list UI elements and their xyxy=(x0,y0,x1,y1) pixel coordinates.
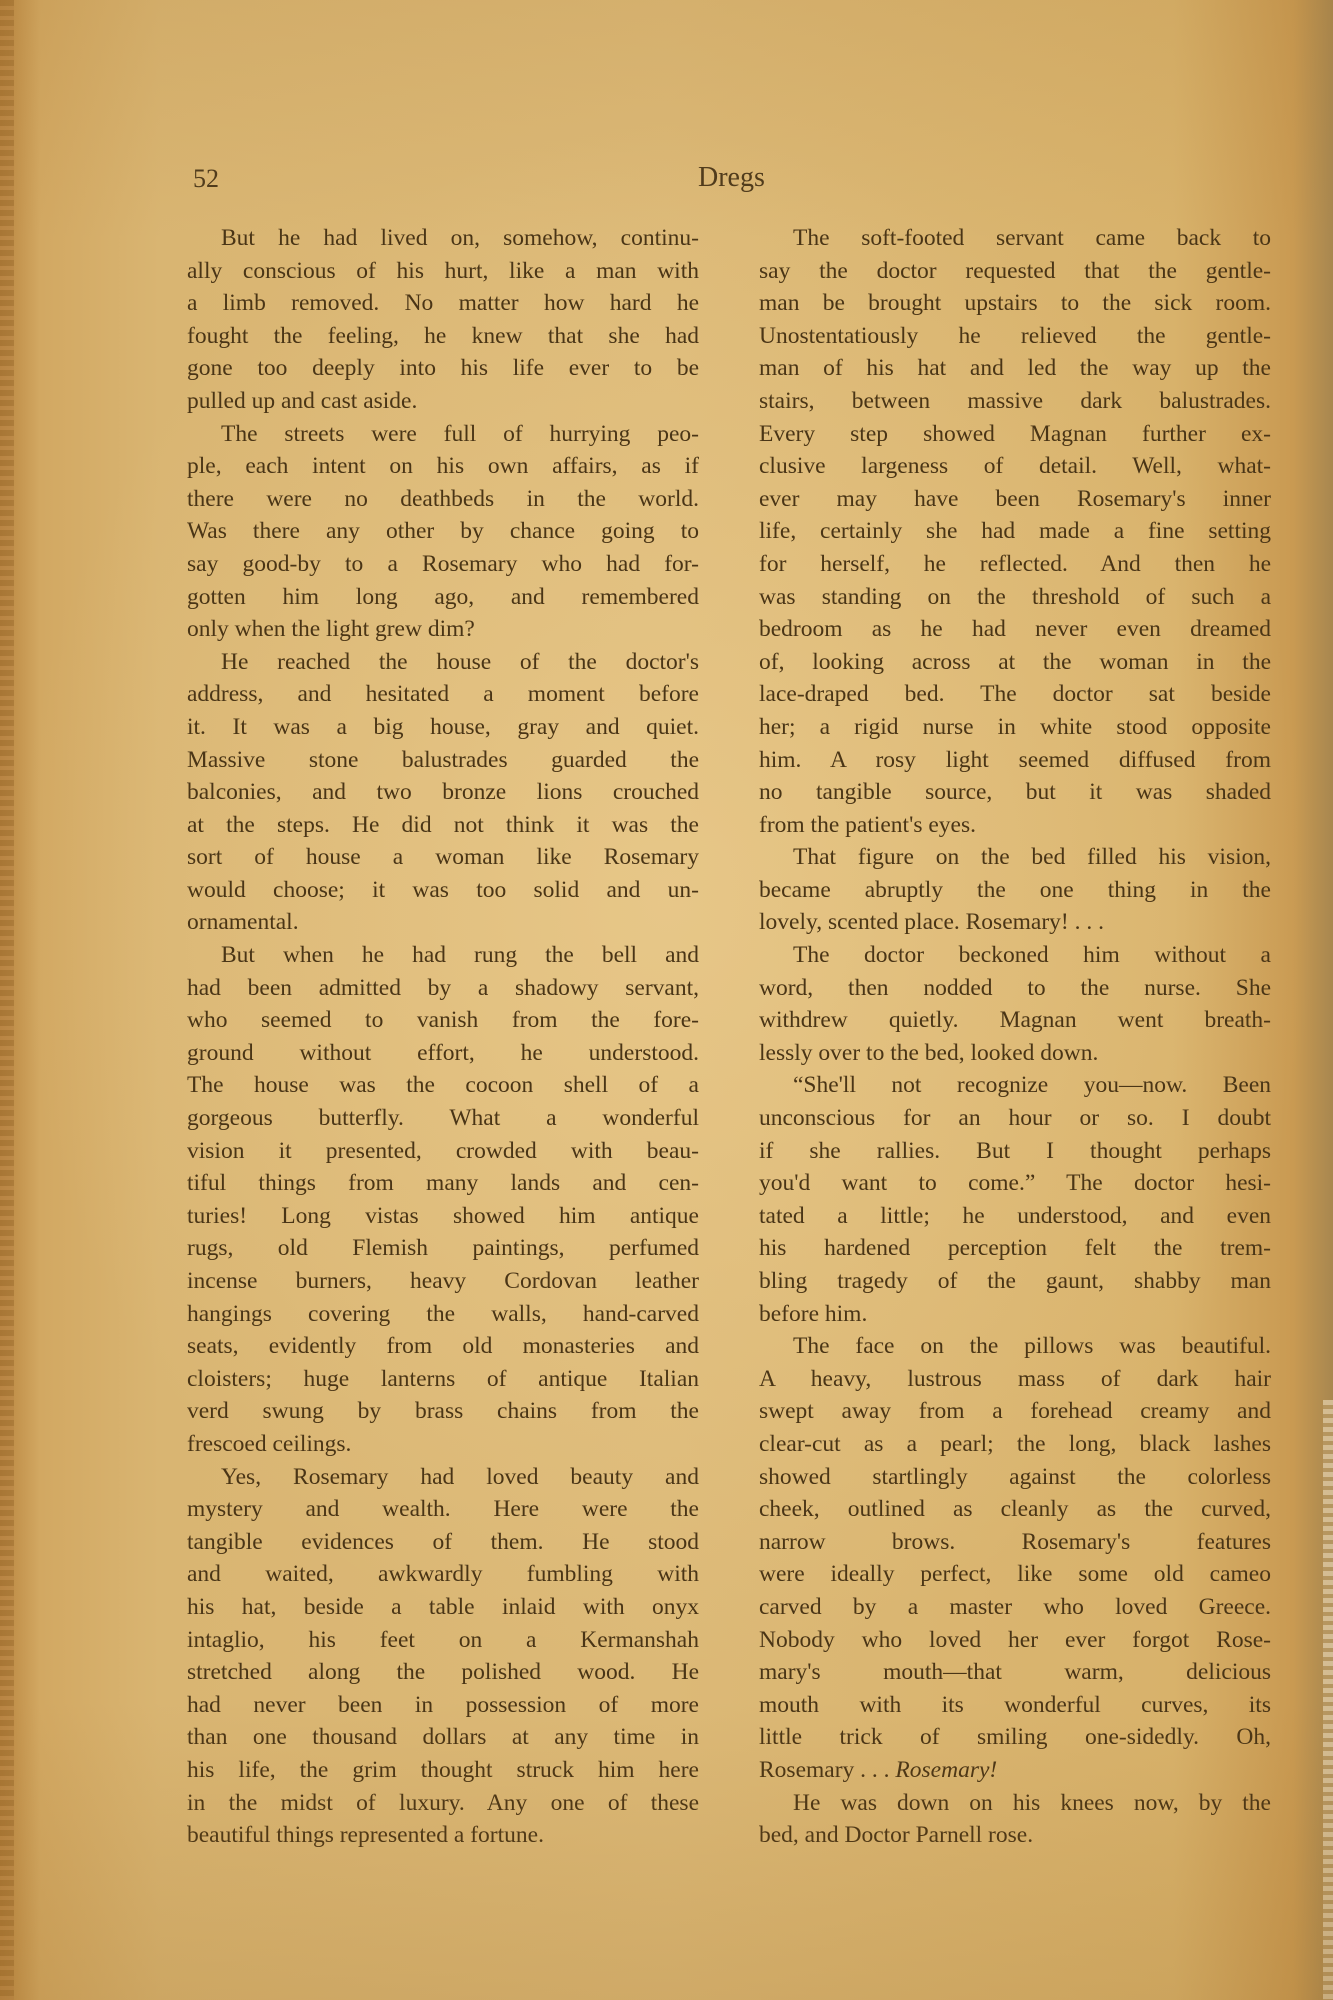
paragraph: He was down on his knees now, by thebed,… xyxy=(759,1787,1271,1852)
text-line: lace-draped bed. The doctor sat beside xyxy=(759,678,1271,711)
text-line: stretched along the polished wood. He xyxy=(187,1656,699,1689)
text-line: mouth with its wonderful curves, its xyxy=(759,1689,1271,1722)
text-line: address, and hesitated a moment before xyxy=(187,678,699,711)
text-line: ground without effort, he understood. xyxy=(187,1037,699,1070)
paragraph: The face on the pillows was beautiful.A … xyxy=(759,1330,1271,1786)
paragraph: The soft-footed servant came back tosay … xyxy=(759,222,1271,841)
paragraph: Yes, Rosemary had loved beauty andmyster… xyxy=(187,1461,699,1852)
text-line: sort of house a woman like Rosemary xyxy=(187,841,699,874)
text-line: ple, each intent on his own affairs, as … xyxy=(187,450,699,483)
text-line: his life, the grim thought struck him he… xyxy=(187,1754,699,1787)
text-line: little trick of smiling one-sidedly. Oh, xyxy=(759,1721,1271,1754)
text-line: balconies, and two bronze lions crouched xyxy=(187,776,699,809)
text-column-right: The soft-footed servant came back tosay … xyxy=(759,222,1271,1852)
text-line: gone too deeply into his life ever to be xyxy=(187,352,699,385)
text-line: was standing on the threshold of such a xyxy=(759,581,1271,614)
text-line: frescoed ceilings. xyxy=(187,1428,699,1461)
text-line: had been admitted by a shadowy servant, xyxy=(187,972,699,1005)
text-line: The streets were full of hurrying peo- xyxy=(187,418,699,451)
text-line: clusive largeness of detail. Well, what- xyxy=(759,450,1271,483)
text-line: for herself, he reflected. And then he xyxy=(759,548,1271,581)
text-line: had never been in possession of more xyxy=(187,1689,699,1722)
text-line: who seemed to vanish from the fore- xyxy=(187,1004,699,1037)
text-line: Massive stone balustrades guarded the xyxy=(187,744,699,777)
text-line: cloisters; huge lanterns of antique Ital… xyxy=(187,1363,699,1396)
text-column-left: But he had lived on, somehow, continu-al… xyxy=(187,222,699,1852)
text-line: Yes, Rosemary had loved beauty and xyxy=(187,1461,699,1494)
paragraph: He reached the house of the doctor'saddr… xyxy=(187,646,699,939)
text-line: stairs, between massive dark balustrades… xyxy=(759,385,1271,418)
page-edge-left xyxy=(0,0,14,2000)
text-line: bedroom as he had never even dreamed xyxy=(759,613,1271,646)
paragraph: That figure on the bed filled his vision… xyxy=(759,841,1271,939)
text-line: from the patient's eyes. xyxy=(759,809,1271,842)
paragraph: The streets were full of hurrying peo-pl… xyxy=(187,418,699,646)
text-line: word, then nodded to the nurse. She xyxy=(759,972,1271,1005)
text-line: became abruptly the one thing in the xyxy=(759,874,1271,907)
text-line: The house was the cocoon shell of a xyxy=(187,1069,699,1102)
text-line: him. A rosy light seemed diffused from xyxy=(759,744,1271,777)
text-line: That figure on the bed filled his vision… xyxy=(759,841,1271,874)
text-line: gotten him long ago, and remembered xyxy=(187,581,699,614)
text-line: narrow brows. Rosemary's features xyxy=(759,1526,1271,1559)
text-line: seats, evidently from old monasteries an… xyxy=(187,1330,699,1363)
text-line: you'd want to come.” The doctor hesi- xyxy=(759,1167,1271,1200)
text-line: fought the feeling, he knew that she had xyxy=(187,320,699,353)
text-line: “She'll not recognize you—now. Been xyxy=(759,1069,1271,1102)
text-line: A heavy, lustrous mass of dark hair xyxy=(759,1363,1271,1396)
text-line: Rosemary . . . Rosemary! xyxy=(759,1754,1271,1787)
text-line: He reached the house of the doctor's xyxy=(187,646,699,679)
text-line: intaglio, his feet on a Kermanshah xyxy=(187,1624,699,1657)
text-line: The face on the pillows was beautiful. xyxy=(759,1330,1271,1363)
text-line: no tangible source, but it was shaded xyxy=(759,776,1271,809)
text-line: rugs, old Flemish paintings, perfumed xyxy=(187,1232,699,1265)
text-line: hangings covering the walls, hand-carved xyxy=(187,1298,699,1331)
text-line: But when he had rung the bell and xyxy=(187,939,699,972)
text-line: it. It was a big house, gray and quiet. xyxy=(187,711,699,744)
text-line: would choose; it was too solid and un- xyxy=(187,874,699,907)
text-line: lovely, scented place. Rosemary! . . . xyxy=(759,906,1271,939)
text-line: say good-by to a Rosemary who had for- xyxy=(187,548,699,581)
text-line: of, looking across at the woman in the xyxy=(759,646,1271,679)
paragraph: But when he had rung the bell andhad bee… xyxy=(187,939,699,1461)
running-title: Dregs xyxy=(698,162,765,194)
text-line: turies! Long vistas showed him antique xyxy=(187,1200,699,1233)
text-line: and waited, awkwardly fumbling with xyxy=(187,1558,699,1591)
text-line: her; a rigid nurse in white stood opposi… xyxy=(759,711,1271,744)
text-line: his hat, beside a table inlaid with onyx xyxy=(187,1591,699,1624)
text-line: mary's mouth—that warm, delicious xyxy=(759,1656,1271,1689)
text-line: ornamental. xyxy=(187,906,699,939)
text-line: withdrew quietly. Magnan went breath- xyxy=(759,1004,1271,1037)
text-line: The soft-footed servant came back to xyxy=(759,222,1271,255)
text-line: beautiful things represented a fortune. xyxy=(187,1819,699,1852)
text-line: The doctor beckoned him without a xyxy=(759,939,1271,972)
text-line: his hardened perception felt the trem- xyxy=(759,1232,1271,1265)
text-line: pulled up and cast aside. xyxy=(187,385,699,418)
text-line: only when the light grew dim? xyxy=(187,613,699,646)
page-header: 52 Dregs xyxy=(193,160,1293,200)
text-line: were ideally perfect, like some old came… xyxy=(759,1558,1271,1591)
text-line: say the doctor requested that the gentle… xyxy=(759,255,1271,288)
paragraph: But he had lived on, somehow, continu-al… xyxy=(187,222,699,418)
page-edge-right xyxy=(1323,1400,1333,2000)
paragraph: The doctor beckoned him without aword, t… xyxy=(759,939,1271,1069)
text-line: lessly over to the bed, looked down. xyxy=(759,1037,1271,1070)
text-line: Unostentatiously he relieved the gentle- xyxy=(759,320,1271,353)
text-line: Nobody who loved her ever forgot Rose- xyxy=(759,1624,1271,1657)
text-line: verd swung by brass chains from the xyxy=(187,1395,699,1428)
page-number: 52 xyxy=(193,164,219,194)
text-line: Every step showed Magnan further ex- xyxy=(759,418,1271,451)
text-line: in the midst of luxury. Any one of these xyxy=(187,1787,699,1820)
text-line: carved by a master who loved Greece. xyxy=(759,1591,1271,1624)
text-line: if she rallies. But I thought perhaps xyxy=(759,1135,1271,1168)
text-line: man be brought upstairs to the sick room… xyxy=(759,287,1271,320)
book-page: 52 Dregs But he had lived on, somehow, c… xyxy=(0,0,1333,2000)
text-line: bed, and Doctor Parnell rose. xyxy=(759,1819,1271,1852)
text-line: there were no deathbeds in the world. xyxy=(187,483,699,516)
text-line: than one thousand dollars at any time in xyxy=(187,1721,699,1754)
text-line: He was down on his knees now, by the xyxy=(759,1787,1271,1820)
text-line: showed startlingly against the colorless xyxy=(759,1461,1271,1494)
text-line: mystery and wealth. Here were the xyxy=(187,1493,699,1526)
text-line: tiful things from many lands and cen- xyxy=(187,1167,699,1200)
text-line: before him. xyxy=(759,1298,1271,1331)
text-line: a limb removed. No matter how hard he xyxy=(187,287,699,320)
text-line: man of his hat and led the way up the xyxy=(759,352,1271,385)
emphasis: Rosemary! xyxy=(895,1757,997,1783)
text-line: unconscious for an hour or so. I doubt xyxy=(759,1102,1271,1135)
text-line: at the steps. He did not think it was th… xyxy=(187,809,699,842)
text-line: bling tragedy of the gaunt, shabby man xyxy=(759,1265,1271,1298)
text-line: swept away from a forehead creamy and xyxy=(759,1395,1271,1428)
text-line: ever may have been Rosemary's inner xyxy=(759,483,1271,516)
text-line: cheek, outlined as cleanly as the curved… xyxy=(759,1493,1271,1526)
text-line: incense burners, heavy Cordovan leather xyxy=(187,1265,699,1298)
text-line: clear-cut as a pearl; the long, black la… xyxy=(759,1428,1271,1461)
paragraph: “She'll not recognize you—now. Beenuncon… xyxy=(759,1069,1271,1330)
text-line: life, certainly she had made a fine sett… xyxy=(759,515,1271,548)
text-line: vision it presented, crowded with beau- xyxy=(187,1135,699,1168)
text-line: tangible evidences of them. He stood xyxy=(187,1526,699,1559)
text-line: ally conscious of his hurt, like a man w… xyxy=(187,255,699,288)
text-line: But he had lived on, somehow, continu- xyxy=(187,222,699,255)
text-line: gorgeous butterfly. What a wonderful xyxy=(187,1102,699,1135)
text-line: tated a little; he understood, and even xyxy=(759,1200,1271,1233)
text-line: Was there any other by chance going to xyxy=(187,515,699,548)
